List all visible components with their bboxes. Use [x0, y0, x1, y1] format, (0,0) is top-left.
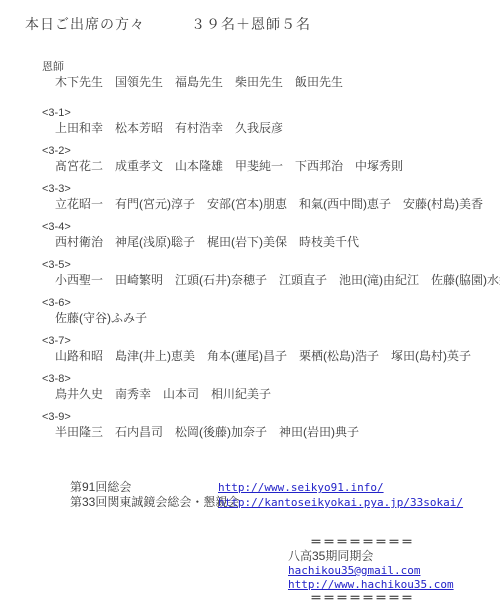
link-row-sokai91: 第91回総会 http://www.seikyo91.info/ — [70, 480, 484, 495]
section-names: 立花昭一 有門(宮元)淳子 安部(宮本)朋恵 和氣(西中間)恵子 安藤(村島)美… — [55, 197, 484, 212]
section-3-4: <3-4> 西村衛治 神尾(浅原)聡子 梶田(岩下)美保 時枝美千代 — [20, 220, 484, 250]
divider-bottom: ＝＝＝＝＝＝＝＝ — [310, 592, 484, 605]
section-label: <3-7> — [42, 334, 484, 349]
section-names: 鳥井久史 南秀幸 山本司 相川紀美子 — [55, 387, 484, 402]
divider-top: ＝＝＝＝＝＝＝＝ — [310, 536, 484, 549]
event-links: 第91回総会 http://www.seikyo91.info/ 第33回関東誠… — [70, 480, 484, 510]
section-3-6: <3-6> 佐藤(守谷)ふみ子 — [20, 296, 484, 326]
link-row-kanto33: 第33回関東誠鏡会総会・懇親会 http://kantoseikyokai.py… — [70, 495, 484, 510]
website-link[interactable]: http://www.hachikou35.com — [288, 578, 484, 592]
section-label: <3-3> — [42, 182, 484, 197]
section-names: 山路和昭 島津(井上)恵美 角本(蓮尾)昌子 栗栖(松島)浩子 塚田(島村)英子 — [55, 349, 484, 364]
event-label: 第33回関東誠鏡会総会・懇親会 — [70, 495, 218, 510]
section-names: 半田隆三 石内昌司 松岡(後藤)加奈子 神田(岩田)典子 — [55, 425, 484, 440]
section-label: <3-5> — [42, 258, 484, 273]
section-names: 髙宮花二 成重孝文 山本隆雄 甲斐純一 下西邦治 中塚秀則 — [55, 159, 484, 174]
attendee-count: ３９名＋恩師５名 — [191, 16, 311, 32]
section-label: <3-1> — [42, 106, 484, 121]
attendee-list-page: 本日ご出席の方々３９名＋恩師５名 恩師 木下先生 国領先生 福島先生 柴田先生 … — [0, 0, 500, 607]
signature-block: ＝＝＝＝＝＝＝＝ 八高35期同期会 hachikou35@gmail.com h… — [288, 536, 484, 605]
section-3-9: <3-9> 半田隆三 石内昌司 松岡(後藤)加奈子 神田(岩田)典子 — [20, 410, 484, 440]
attendee-sections: 恩師 木下先生 国領先生 福島先生 柴田先生 飯田先生 <3-1> 上田和幸 松… — [20, 60, 484, 440]
section-label: <3-6> — [42, 296, 484, 311]
section-3-5: <3-5> 小西聖一 田崎繁明 江頭(石井)奈穂子 江頭直子 池田(滝)由紀江 … — [20, 258, 484, 288]
sokai91-url-link[interactable]: http://www.seikyo91.info/ — [218, 480, 384, 495]
section-names: 西村衛治 神尾(浅原)聡子 梶田(岩下)美保 時枝美千代 — [55, 235, 484, 250]
section-names: 小西聖一 田崎繁明 江頭(石井)奈穂子 江頭直子 池田(滝)由紀江 佐藤(脇園)… — [55, 273, 484, 288]
section-names: 上田和幸 松本芳昭 有村浩幸 久我辰彦 — [55, 121, 484, 136]
title-text: 本日ご出席の方々 — [25, 16, 145, 32]
section-label: <3-9> — [42, 410, 484, 425]
section-label: <3-2> — [42, 144, 484, 159]
email-link[interactable]: hachikou35@gmail.com — [288, 564, 484, 578]
section-3-7: <3-7> 山路和昭 島津(井上)恵美 角本(蓮尾)昌子 栗栖(松島)浩子 塚田… — [20, 334, 484, 364]
section-label: <3-4> — [42, 220, 484, 235]
section-3-8: <3-8> 鳥井久史 南秀幸 山本司 相川紀美子 — [20, 372, 484, 402]
section-3-2: <3-2> 髙宮花二 成重孝文 山本隆雄 甲斐純一 下西邦治 中塚秀則 — [20, 144, 484, 174]
section-3-1: <3-1> 上田和幸 松本芳昭 有村浩幸 久我辰彦 — [20, 106, 484, 136]
section-label: 恩師 — [42, 60, 484, 75]
section-names: 佐藤(守谷)ふみ子 — [55, 311, 484, 326]
section-names: 木下先生 国領先生 福島先生 柴田先生 飯田先生 — [55, 75, 484, 90]
section-onshi: 恩師 木下先生 国領先生 福島先生 柴田先生 飯田先生 — [20, 60, 484, 90]
event-label: 第91回総会 — [70, 480, 218, 495]
section-label: <3-8> — [42, 372, 484, 387]
kanto33-url-link[interactable]: http://kantoseikyokai.pya.jp/33sokai/ — [218, 495, 463, 510]
group-name: 八高35期同期会 — [288, 549, 484, 564]
page-title: 本日ご出席の方々３９名＋恩師５名 — [25, 16, 484, 32]
section-3-3: <3-3> 立花昭一 有門(宮元)淳子 安部(宮本)朋恵 和氣(西中間)恵子 安… — [20, 182, 484, 212]
